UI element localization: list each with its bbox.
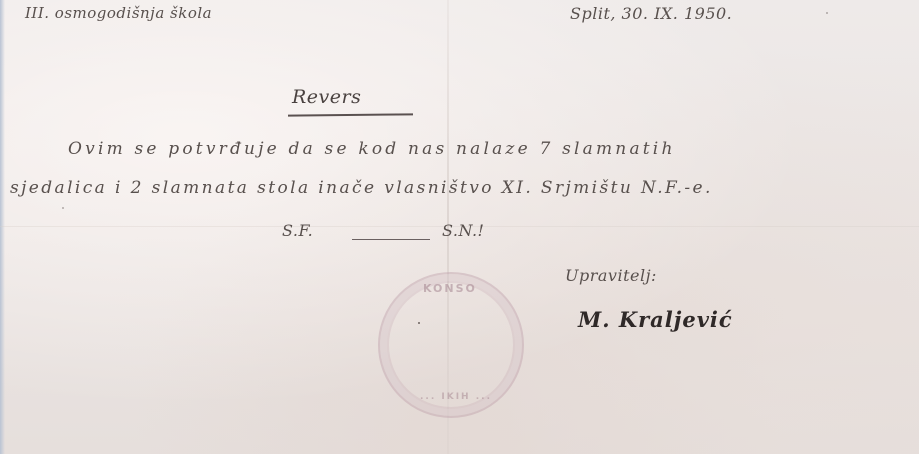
stamp-bottom-text: ... IKIH ... — [420, 392, 492, 402]
salutation-left: S.F. — [282, 221, 313, 240]
document-title: Revers — [292, 86, 361, 108]
salutation-right: S.N.! — [442, 221, 484, 240]
title-underline — [288, 113, 413, 116]
ink-speck — [418, 322, 420, 324]
stamp-top-text: KONSO — [423, 282, 477, 295]
school-name: III. osmogodišnja škola — [25, 4, 212, 22]
place-date: Split, 30. IX. 1950. — [570, 4, 732, 23]
document-paper: III. osmogodišnja škola Split, 30. IX. 1… — [0, 0, 919, 454]
salutation-dash — [352, 239, 430, 240]
ink-speck — [62, 207, 64, 209]
paper-edge — [0, 0, 5, 454]
signature-label: Upravitelj: — [565, 266, 657, 285]
body-line-2: sjedalica i 2 slamnata stola inače vlasn… — [10, 178, 713, 198]
signature: M. Kraljević — [578, 307, 733, 332]
ink-speck — [826, 12, 828, 14]
body-line-1: Ovim se potvrđuje da se kod nas nalaze 7… — [68, 139, 676, 159]
round-stamp: KONSO ... IKIH ... — [378, 272, 524, 418]
